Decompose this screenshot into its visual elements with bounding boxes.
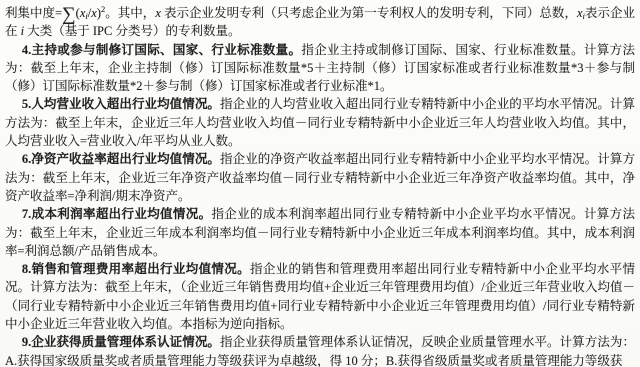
paragraph-item-5-revenue-per-capita: 5.人均营业收入超出行业均值情况。指企业的人均营业收入超出同行业专精特新中小企业…: [5, 95, 635, 150]
item-4-heading: 4.主持或参与制修订国际、国家、行业标准数量。: [22, 43, 301, 57]
sentence-text: 大类（基于 IPC 分类号）的专利数量。: [24, 24, 240, 38]
item-8-heading: 8.销售和管理费用率超出行业均值情况。: [22, 262, 250, 276]
paragraph-item-7-cost-profit-rate: 7.成本利润率超出行业均值情况。指企业的成本利润率超出同行业专精特新中小企业平均…: [5, 205, 635, 260]
paragraph-item-4-standards-count: 4.主持或参与制修订国际、国家、行业标准数量。指企业主持或制修订国际、国家、行业…: [5, 41, 635, 96]
formula-period: 。: [105, 6, 118, 20]
item-7-heading: 7.成本利润率超出行业均值情况。: [22, 207, 212, 221]
sentence-text: 其中，: [118, 6, 156, 20]
summation-sigma-symbol: ∑: [62, 9, 76, 21]
paragraph-item-6-return-on-equity: 6.净资产收益率超出行业均值情况。指企业的净资产收益率超出同行业专精特新中小企业…: [5, 150, 635, 205]
document-page: 利集中度=∑(xi/x)2。其中，x 表示企业发明专利（只考虑企业为第一专利权人…: [0, 0, 640, 367]
item-9-heading: 9.企业获得质量管理体系认证情况。: [22, 335, 220, 349]
paragraph-item-9-quality-certification: 9.企业获得质量管理体系认证情况。指企业获得质量管理体系认证情况，反映企业质量管…: [5, 333, 635, 367]
sentence-text: 表示企业发明专利（只考虑企业为第一专利权人的发明专利，下同）总数，: [161, 6, 577, 20]
item-6-heading: 6.净资产收益率超出行业均值情况。: [22, 152, 220, 166]
paragraph-item-8-expense-rate: 8.销售和管理费用率超出行业均值情况。指企业的销售和管理费用率超出同行业专精特新…: [5, 260, 635, 333]
formula-prefix: 利集中度=: [5, 6, 62, 20]
paragraph-patent-concentration-formula: 利集中度=∑(xi/x)2。其中，x 表示企业发明专利（只考虑企业为第一专利权人…: [5, 4, 635, 41]
item-5-heading: 5.人均营业收入超出行业均值情况。: [22, 97, 220, 111]
